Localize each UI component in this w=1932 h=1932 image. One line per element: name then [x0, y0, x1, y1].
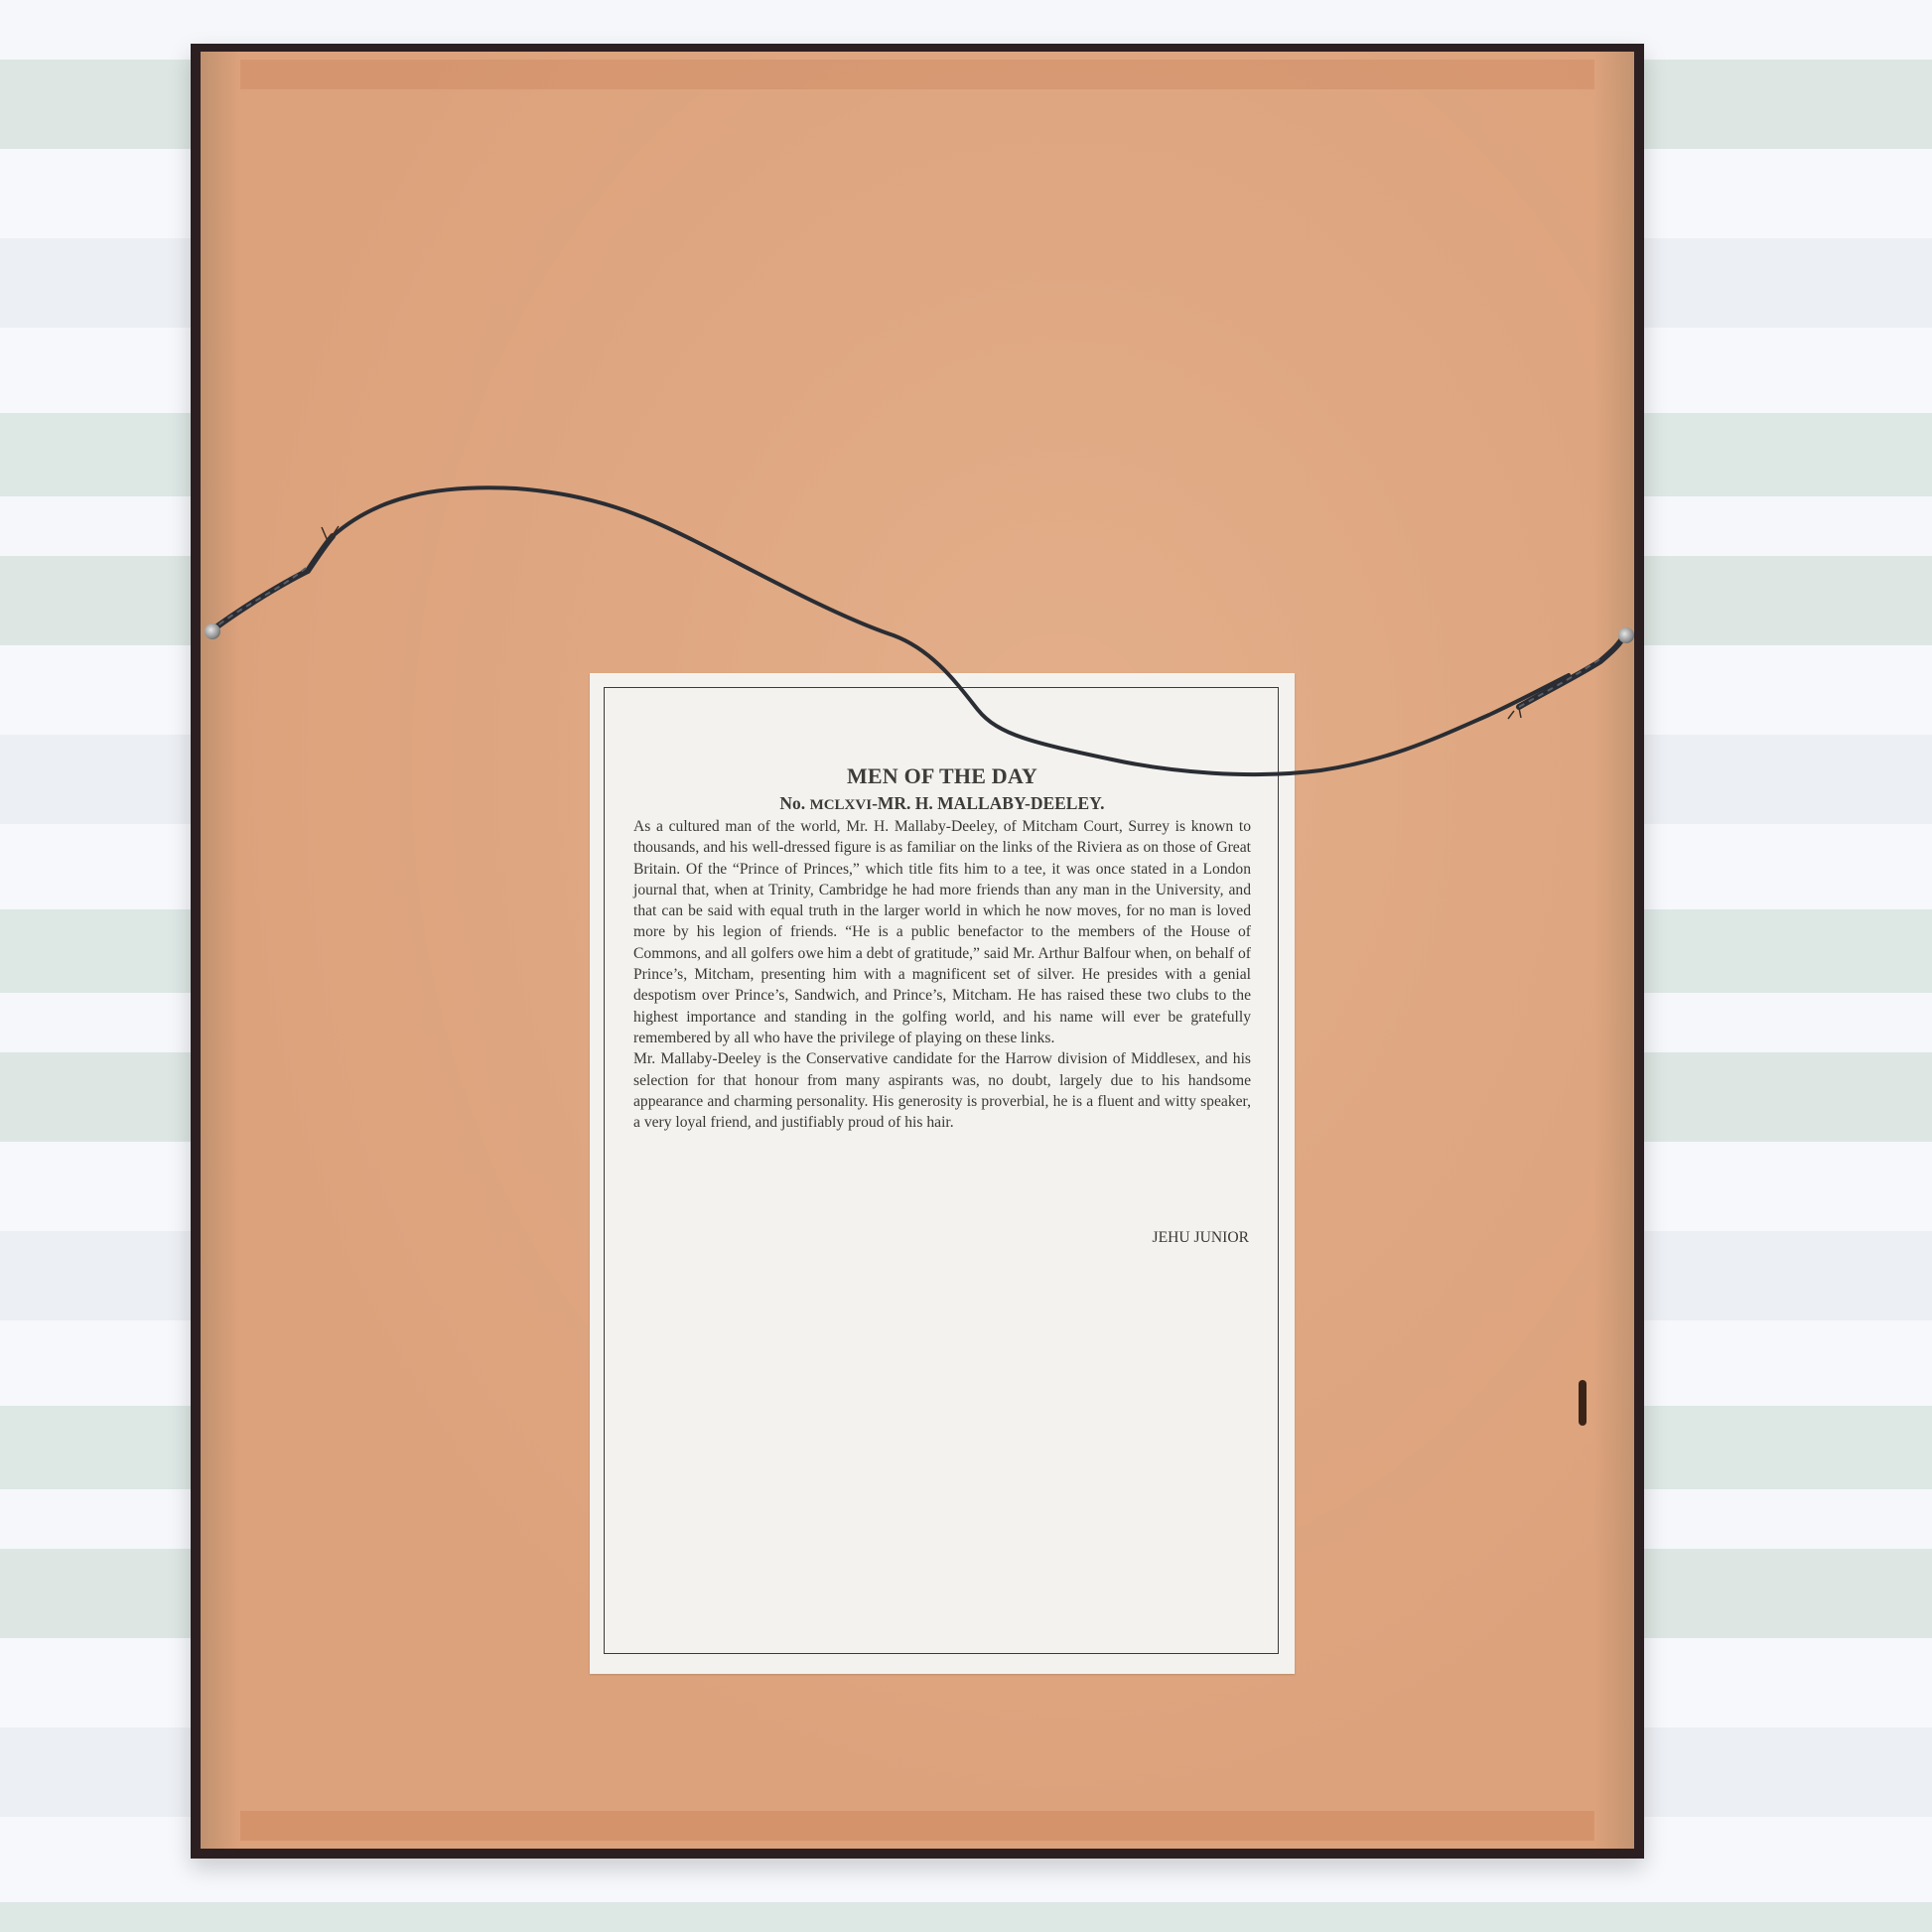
backing-stain-left	[201, 52, 240, 1849]
screw-eye-icon	[1618, 627, 1634, 643]
label-subtitle: No. MCLXVI-MR. H. MALLABY-DEELEY.	[590, 793, 1295, 814]
label-signature: JEHU JUNIOR	[1153, 1229, 1249, 1247]
backing-stain-top	[240, 60, 1594, 89]
screw-eye-icon	[205, 623, 220, 639]
picture-frame-back: MEN OF THE DAY No. MCLXVI-MR. H. MALLABY…	[191, 44, 1644, 1859]
subtitle-prefix: No.	[779, 793, 809, 813]
backing-tear	[1579, 1380, 1587, 1426]
kraft-backing-board: MEN OF THE DAY No. MCLXVI-MR. H. MALLABY…	[201, 52, 1634, 1849]
caption-label: MEN OF THE DAY No. MCLXVI-MR. H. MALLABY…	[590, 673, 1295, 1674]
subtitle-name: -MR. H. MALLABY-DEELEY.	[872, 793, 1105, 813]
label-paragraph: As a cultured man of the world, Mr. H. M…	[633, 816, 1251, 1048]
backing-stain-right	[1594, 52, 1634, 1849]
subtitle-number: MCLXVI	[810, 797, 873, 813]
label-paragraph: Mr. Mallaby-Deeley is the Conservative c…	[633, 1048, 1251, 1133]
backing-stain-bottom	[240, 1811, 1594, 1841]
label-body: As a cultured man of the world, Mr. H. M…	[633, 816, 1251, 1133]
label-title: MEN OF THE DAY	[590, 763, 1295, 789]
